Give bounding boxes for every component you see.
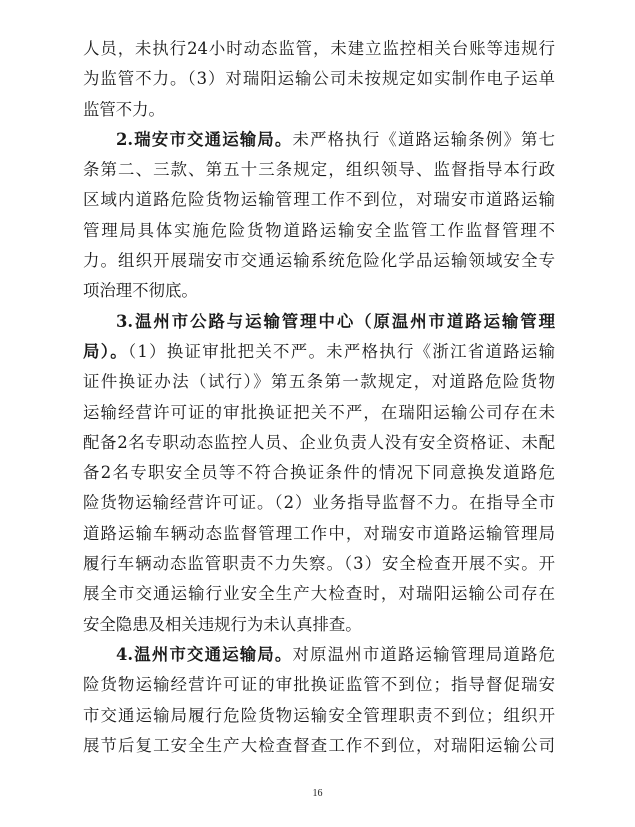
section-4-first-line: 4.温州市交通运输局。对原温州市道路运输管理局道路危 [83,640,555,670]
page-number: 16 [0,788,635,799]
text-line: 道路运输车辆动态监督管理工作中，对瑞安市道路运输管理局 [83,519,555,549]
section-heading-4: 4.温州市交通运输局。 [116,645,293,664]
text-span: 未严格执行《道路运输条例》第七 [293,130,555,149]
document-page: 人员，未执行24小时动态监管，未建立监控相关台账等违规行 为监管不力。（3）对瑞… [0,0,635,827]
text-line: 人员，未执行24小时动态监管，未建立监控相关台账等违规行 [83,34,555,64]
text-line: 险货物运输经营许可证。（2）业务指导监督不力。在指导全市 [83,488,555,518]
text-line: 险货物运输经营许可证的审批换证监管不到位；指导督促瑞安 [83,670,555,700]
text-line: 履行车辆动态监管职责不力失察。（3）安全检查开展不实。开 [83,549,555,579]
text-span: 对原温州市道路运输管理局道路危 [293,645,555,664]
text-line: 为监管不力。（3）对瑞阳运输公司未按规定如实制作电子运单 [83,64,555,94]
text-line: 配备2名专职动态监控人员、企业负责人没有安全资格证、未配 [83,428,555,458]
text-line: 条第二、三款、第五十三条规定，组织领导、监督指导本行政 [83,155,555,185]
text-line: 展节后复工安全生产大检查督查工作不到位，对瑞阳运输公司 [83,731,555,761]
document-body: 人员，未执行24小时动态监管，未建立监控相关台账等违规行 为监管不力。（3）对瑞… [83,34,555,761]
text-line: 运输经营许可证的审批换证把关不严，在瑞阳运输公司存在未 [83,398,555,428]
text-line: 市交通运输局履行危险货物运输安全管理职责不到位；组织开 [83,701,555,731]
text-line: 力。组织开展瑞安市交通运输系统危险化学品运输领域安全专 [83,246,555,276]
section-heading-2: 2.瑞安市交通运输局。 [116,130,293,149]
text-line: 安全隐患及相关违规行为未认真排查。 [83,610,555,640]
text-line: 证件换证办法（试行）》第五条第一款规定，对道路危险货物 [83,367,555,397]
text-line: 区域内道路危险货物运输管理工作不到位，对瑞安市道路运输 [83,185,555,215]
text-line: 展全市交通运输行业安全生产大检查时，对瑞阳运输公司存在 [83,579,555,609]
text-line: 管理局具体实施危险货物道路运输安全监管工作监督管理不 [83,216,555,246]
text-line: 项治理不彻底。 [83,276,555,306]
section-3-second-line: 局）。（1）换证审批把关不严。未严格执行《浙江省道路运输 [83,337,555,367]
text-line: 监管不力。 [83,95,555,125]
section-heading-3: 3.温州市公路与运输管理中心（原温州市道路运输管理 [83,307,555,337]
section-heading-3-cont: 局）。 [83,342,128,361]
text-line: 备2名专职安全员等不符合换证条件的情况下同意换发道路危 [83,458,555,488]
text-span: （1）换证审批把关不严。未严格执行《浙江省道路运输 [128,342,555,361]
section-2-first-line: 2.瑞安市交通运输局。未严格执行《道路运输条例》第七 [83,125,555,155]
